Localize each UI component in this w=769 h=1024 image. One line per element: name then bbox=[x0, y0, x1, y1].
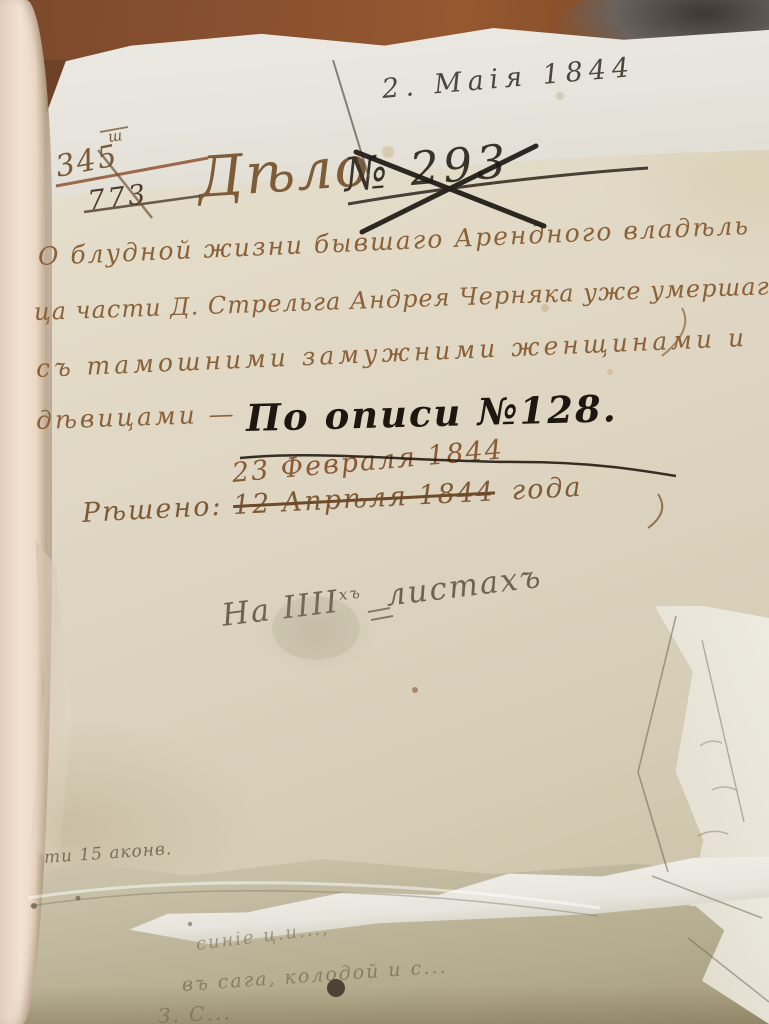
sheets-superscript: хъ bbox=[338, 584, 363, 605]
bottom-edge-shadow bbox=[0, 986, 769, 1024]
archival-document-photo: 2. Маія 1844 345 ш 773 Дѣло № 293 О блуд… bbox=[0, 0, 769, 1024]
faint-fragment-3: З. С... bbox=[157, 1000, 232, 1024]
old-case-number-upper-sup: ш bbox=[107, 126, 124, 146]
decision-suffix: года bbox=[511, 472, 584, 507]
